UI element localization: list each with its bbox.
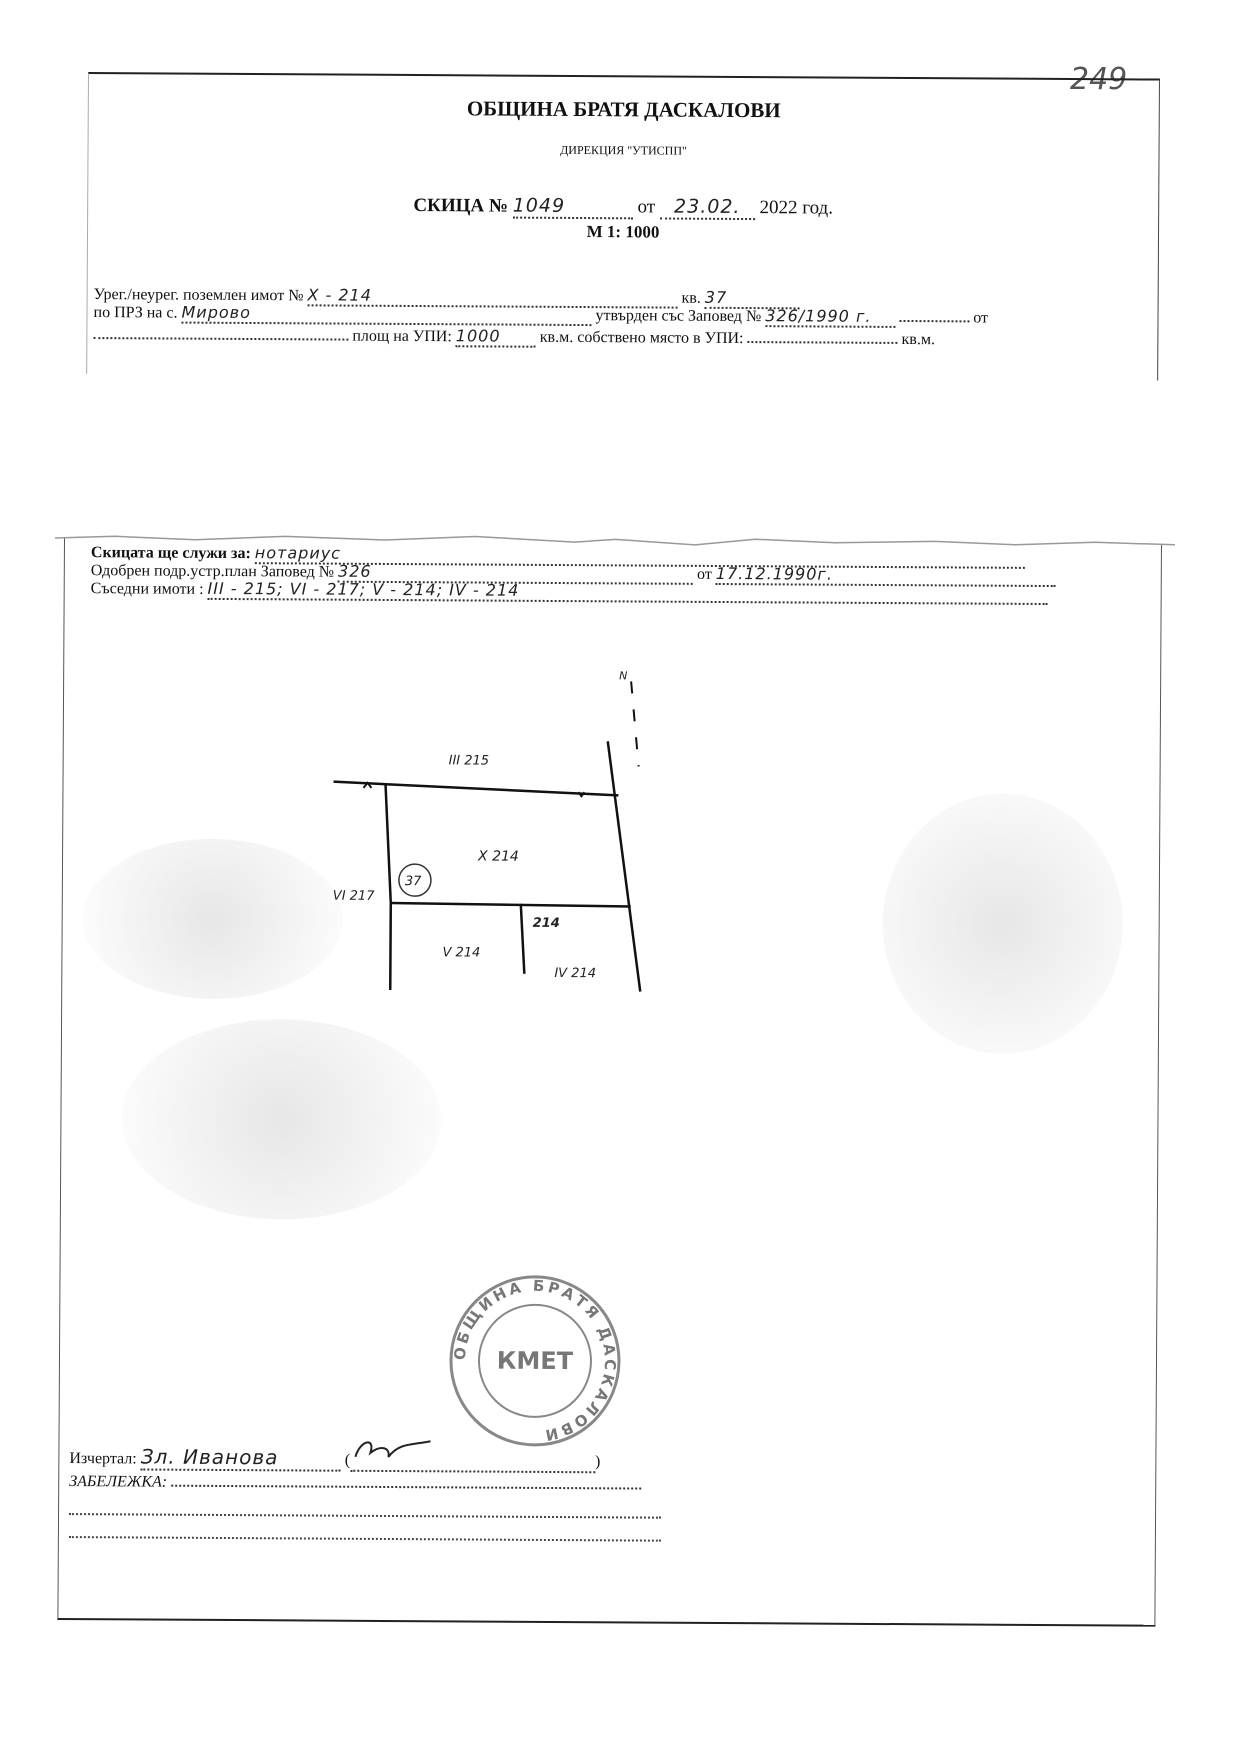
order-number: 326/1990 г. — [765, 306, 895, 328]
stamp-center-text: КМЕТ — [497, 1347, 574, 1375]
neighbors-label: Съседни имоти : — [91, 580, 204, 598]
order-date-blank — [899, 320, 969, 322]
approved-label: утвърден със Заповед № — [595, 307, 761, 325]
scan-smudge — [82, 838, 343, 1000]
area-leading-blank — [93, 337, 348, 341]
north-arrow-label: N — [619, 669, 627, 682]
note-line — [69, 1513, 661, 1519]
municipality-title: ОБЩИНА БРАТЯ ДАСКАЛОВИ — [89, 94, 1159, 126]
block-marker: 37 — [405, 874, 422, 889]
signature-field — [350, 1435, 595, 1473]
note-label: ЗАБЕЛЕЖКА: — [69, 1473, 167, 1491]
prz-label: по ПРЗ на с. — [93, 304, 177, 322]
area-row: площ на УПИ: 1000 кв.м. собствено място … — [93, 324, 935, 350]
directorate-name: ДИРЕКЦИЯ "УТИСПП" — [88, 140, 1158, 162]
parcel-label: V 214 — [442, 945, 480, 960]
own-place-unit: кв.м. — [901, 331, 935, 348]
sketch-number: 1049 — [513, 195, 633, 220]
official-stamp: ОБЩИНА БРАТЯ ДАСКАЛОВИ КМЕТ — [439, 1265, 630, 1456]
area-value: 1000 — [456, 326, 536, 347]
drawn-by-row: Изчертал: Зл. Иванова () — [69, 1433, 600, 1473]
area-label: площ на УПИ: — [352, 328, 452, 346]
sketch-date: 23.02. — [660, 195, 755, 220]
parcel-label: 214 — [533, 916, 560, 931]
neighbors-value: III - 215; VI - 217; V - 214; IV - 214 — [207, 579, 1047, 605]
sketch-title: СКИЦА № 1049 от 23.02. 2022 год. — [88, 192, 1158, 223]
drawn-label: Изчертал: — [69, 1450, 136, 1467]
block-label: кв. — [681, 290, 700, 307]
own-place-label: собствено място в УПИ: — [577, 329, 743, 347]
parcel-label: VI 217 — [333, 889, 375, 904]
parcel-label: IV 214 — [554, 966, 596, 981]
own-place-value — [747, 341, 897, 344]
from-label: от — [973, 309, 988, 326]
note-row: ЗАБЕЛЕЖКА: — [69, 1473, 641, 1494]
neighbors-row: Съседни имоти : III - 215; VI - 217; V -… — [91, 578, 1048, 605]
document-header-section: ОБЩИНА БРАТЯ ДАСКАЛОВИ ДИРЕКЦИЯ "УТИСПП"… — [86, 72, 1160, 381]
date-prefix: от — [637, 196, 655, 217]
drawn-by-name: Зл. Иванова — [141, 1444, 341, 1471]
parcel-label: X 214 — [477, 849, 519, 865]
parcel-label: III 215 — [449, 753, 490, 768]
note-line — [69, 1536, 661, 1542]
year-suffix: 2022 год. — [759, 197, 833, 218]
cadastral-plan: N III 215 X 214 VI 217 214 V 214 IV 214 … — [332, 660, 835, 1103]
plan-from-label: от — [697, 566, 712, 583]
scan-smudge — [882, 793, 1124, 1054]
signature-icon — [350, 1435, 440, 1466]
document-body-section: Скицата ще служи за: нотариус Одобрен по… — [57, 538, 1162, 1627]
village-name: Мирово — [181, 303, 591, 327]
signature-close-paren: ) — [595, 1453, 600, 1470]
scale: М 1: 1000 — [88, 219, 1158, 246]
area-unit: кв.м. — [540, 329, 574, 346]
note-field — [171, 1485, 641, 1490]
sketch-label: СКИЦА № — [413, 195, 508, 217]
